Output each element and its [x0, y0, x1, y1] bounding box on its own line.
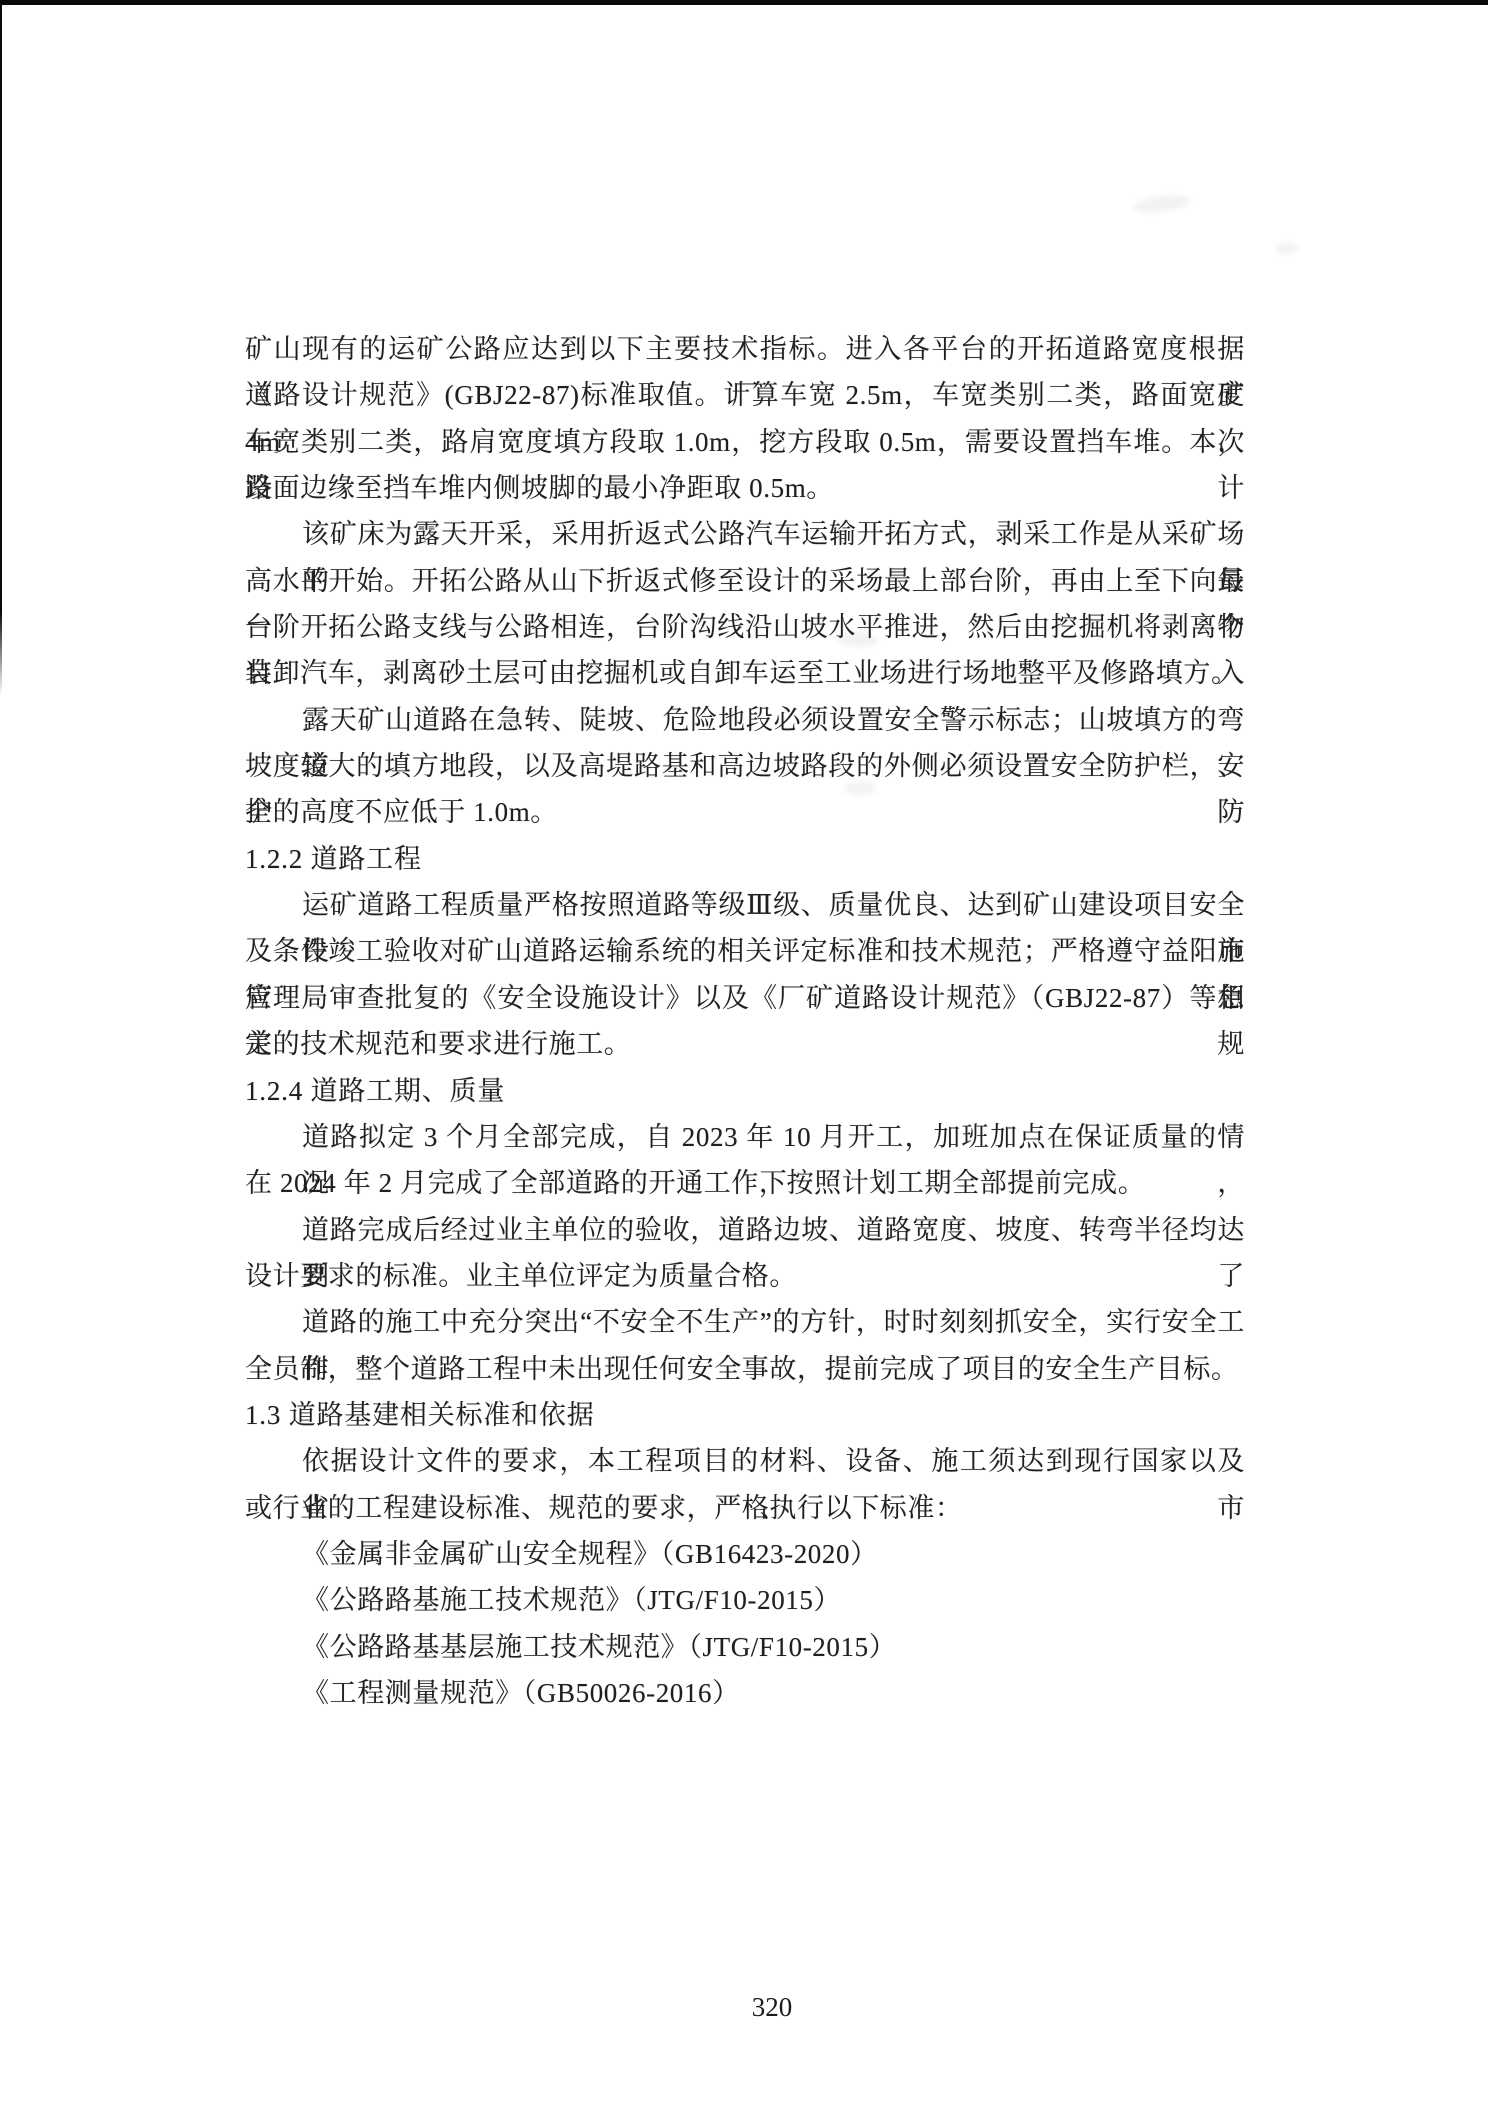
scanner-edge-top [0, 0, 1488, 5]
text-line: 《工程测量规范》（GB50026-2016） [245, 1670, 1245, 1716]
text-line: 依据设计文件的要求，本工程项目的材料、设备、施工须达到现行国家以及省、市 [245, 1438, 1245, 1484]
text-line: 及条件竣工验收对矿山道路运输系统的相关评定标准和技术规范；严格遵守益阳市应急 [245, 928, 1245, 974]
page-number: 320 [752, 1984, 793, 2030]
text-line: 坡度较大的填方地段，以及高堤路基和高边坡路段的外侧必须设置安全防护栏，安全防 [245, 743, 1245, 789]
section-heading: 1.2.2 道路工程 [245, 836, 1245, 882]
scan-smudge [1276, 243, 1298, 254]
text-line: 全员制，整个道路工程中未出现任何安全事故，提前完成了项目的安全生产目标。 [245, 1346, 1245, 1392]
text-line: 道路的施工中充分突出“不安全不生产”的方针，时时刻刻抓安全，实行安全工作 [245, 1299, 1245, 1345]
document-text-block: 矿山现有的运矿公路应达到以下主要技术指标。进入各平台的开拓道路宽度根据《厂矿道路… [245, 326, 1245, 1716]
text-line: 在 2024 年 2 月完成了全部道路的开通工作，按照计划工期全部提前完成。 [245, 1160, 1245, 1206]
text-line: 矿山现有的运矿公路应达到以下主要技术指标。进入各平台的开拓道路宽度根据《厂矿 [245, 326, 1245, 372]
text-line: 道路设计规范》(GBJ22-87)标准取值。计算车宽 2.5m，车宽类别二类，路… [245, 372, 1245, 418]
scanner-edge-left [0, 0, 2, 695]
section-heading: 1.2.4 道路工期、质量 [245, 1068, 1245, 1114]
scanned-document-page: 矿山现有的运矿公路应达到以下主要技术指标。进入各平台的开拓道路宽度根据《厂矿道路… [0, 0, 1488, 2104]
text-line: 自卸汽车，剥离砂土层可由挖掘机或自卸车运至工业场进行场地整平及修路填方。 [245, 650, 1245, 696]
text-line: 高水平开始。开拓公路从山下折返式修至设计的采场最上部台阶，再由上至下向每一个 [245, 558, 1245, 604]
text-line: 《公路路基施工技术规范》（JTG/F10-2015） [245, 1577, 1245, 1623]
text-line: 管理局审查批复的《安全设施设计》以及《厂矿道路设计规范》（GBJ22-87）等相… [245, 975, 1245, 1021]
text-line: 道路完成后经过业主单位的验收，道路边坡、道路宽度、坡度、转弯半径均达到了 [245, 1207, 1245, 1253]
text-line: 车宽类别二类，路肩宽度填方段取 1.0m，挖方段取 0.5m，需要设置挡车堆。本… [245, 419, 1245, 465]
text-line: 该矿床为露天开采，采用折返式公路汽车运输开拓方式，剥采工作是从采矿场的最 [245, 511, 1245, 557]
text-line: 露天矿山道路在急转、陡坡、危险地段必须设置安全警示标志；山坡填方的弯道、 [245, 697, 1245, 743]
section-heading: 1.3 道路基建相关标准和依据 [245, 1392, 1245, 1438]
text-line: 运矿道路工程质量严格按照道路等级Ⅲ级、质量优良、达到矿山建设项目安全设施 [245, 882, 1245, 928]
text-line: 道路拟定 3 个月全部完成，自 2023 年 10 月开工，加班加点在保证质量的… [245, 1114, 1245, 1160]
text-line: 《金属非金属矿山安全规程》（GB16423-2020） [245, 1531, 1245, 1577]
scan-smudge [1132, 193, 1192, 216]
text-line: 《公路路基基层施工技术规范》（JTG/F10-2015） [245, 1624, 1245, 1670]
text-line: 台阶开拓公路支线与公路相连，台阶沟线沿山坡水平推进，然后由挖掘机将剥离物装入 [245, 604, 1245, 650]
